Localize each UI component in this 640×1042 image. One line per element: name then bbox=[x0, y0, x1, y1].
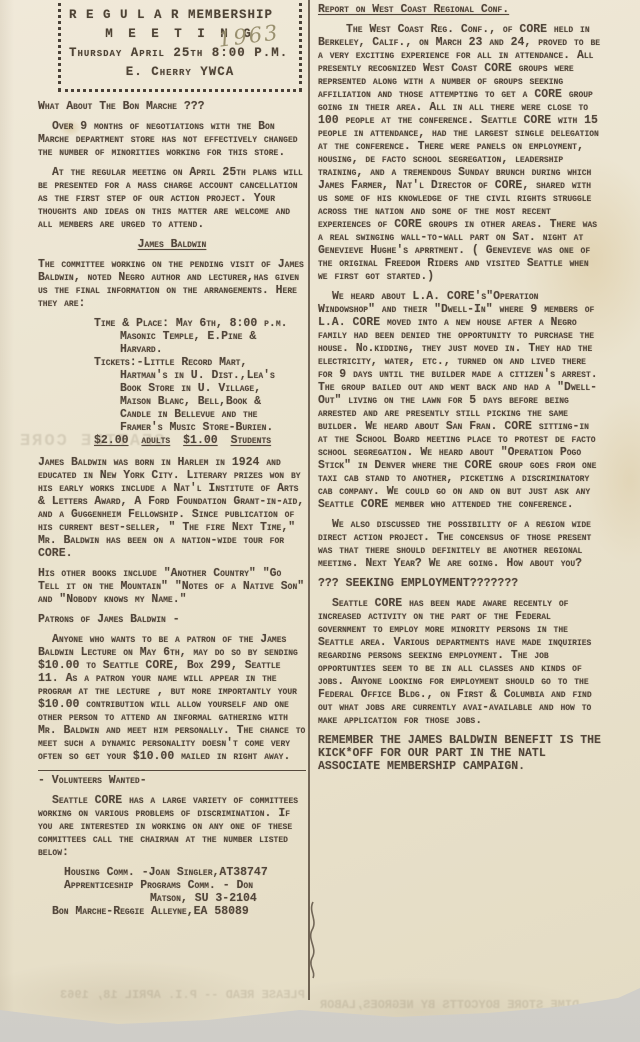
meeting-datetime: Thursday April 25th 8:00 P.M. bbox=[61, 44, 299, 63]
paragraph: His other books include "Another Country… bbox=[38, 567, 306, 606]
ticket-prices: $2.00 adults $1.00 Students bbox=[38, 434, 306, 447]
section-heading-volunteers: - Volunteers Wanted- bbox=[38, 770, 306, 787]
contact-list: Housing Comm. -Joan Singler,AT38747 Appr… bbox=[38, 866, 306, 918]
bleed-through-text: DIME STORE BOYCOTTS BY NEGROES,LABOR bbox=[320, 998, 579, 1012]
detail-line: Harvard. bbox=[38, 343, 306, 356]
contact-line: Apprenticeship Programs Comm. - Don bbox=[38, 879, 306, 892]
paragraph: Anyone who wants to be a patron of the J… bbox=[38, 633, 306, 763]
column-divider-line bbox=[308, 0, 310, 1000]
section-heading-patrons: Patrons of James Baldwin - bbox=[38, 613, 306, 626]
paper-sheet: SEATTLE CORE PLEASE READ -- P.I. APRIL 1… bbox=[0, 0, 640, 1030]
detail-line: Maison Blanc, Bell,Book & bbox=[38, 395, 306, 408]
paragraph: We heard about L.A. CORE's"Operation Win… bbox=[318, 290, 602, 511]
paragraph: REMEMBER THE JAMES BALDWIN BENEFIT IS TH… bbox=[318, 734, 602, 773]
paragraph: Seattle CORE has been made aware recentl… bbox=[318, 597, 602, 727]
margin-squiggle-mark bbox=[306, 900, 320, 980]
scanned-newsletter-page: { "colors": { "paper": "#ebe4d0", "ink":… bbox=[0, 0, 640, 1042]
contact-line: Bon Marche-Reggie Alleyne,EA 58089 bbox=[38, 905, 306, 918]
paragraph: At the regular meeting on April 25th pla… bbox=[38, 166, 306, 231]
detail-line: Book Store in U. Village, bbox=[38, 382, 306, 395]
price-adults-label: adults bbox=[141, 434, 170, 447]
meeting-location: E. Cherry YWCA bbox=[61, 63, 299, 82]
section-heading-seeking-employment: ??? SEEKING EMPLOYMENT??????? bbox=[318, 577, 602, 590]
bleed-through-text: PLEASE READ -- P.I. APRIL 18, 1963 bbox=[60, 988, 305, 1002]
detail-line: Tickets:-Little Record Mart, bbox=[38, 356, 306, 369]
paragraph: We also discussed the possibility of a r… bbox=[318, 518, 602, 570]
paragraph: Seattle CORE has a large variety of comm… bbox=[38, 794, 306, 859]
paragraph: James Baldwin was born in Harlem in 1924… bbox=[38, 456, 306, 560]
right-column: Report on West Coast Regional Conf. The … bbox=[318, 3, 602, 780]
event-details-list: Time & Place: May 6th, 8:00 p.m. Masonic… bbox=[38, 317, 306, 434]
section-heading-regional-conf: Report on West Coast Regional Conf. bbox=[318, 3, 602, 16]
detail-line: Masonic Temple, E.Pine & bbox=[38, 330, 306, 343]
section-heading-bon-marche: What About The Bon Marche ??? bbox=[38, 100, 306, 113]
price-students-label: Students bbox=[231, 434, 272, 447]
contact-line: Matson, SU 3-2104 bbox=[38, 892, 306, 905]
left-column: What About The Bon Marche ??? Over 9 mon… bbox=[38, 100, 306, 918]
section-heading-james-baldwin: James Baldwin bbox=[38, 238, 306, 251]
paragraph: Over 9 months of negotiations with the B… bbox=[38, 120, 306, 159]
detail-line: Hartman's in U. Dist.,Lea's bbox=[38, 369, 306, 382]
detail-line: Time & Place: May 6th, 8:00 p.m. bbox=[38, 317, 306, 330]
price-students-amount: $1.00 bbox=[183, 434, 218, 447]
paragraph: The committee working on the pending vis… bbox=[38, 258, 306, 310]
detail-line: Candle in Bellevue and the bbox=[38, 408, 306, 421]
paragraph: The West Coast Reg. Conf., of CORE held … bbox=[318, 23, 602, 283]
detail-line: Framer's Music Store-Burien. bbox=[38, 421, 306, 434]
contact-line: Housing Comm. -Joan Singler,AT38747 bbox=[38, 866, 306, 879]
price-adults-amount: $2.00 bbox=[94, 434, 129, 447]
